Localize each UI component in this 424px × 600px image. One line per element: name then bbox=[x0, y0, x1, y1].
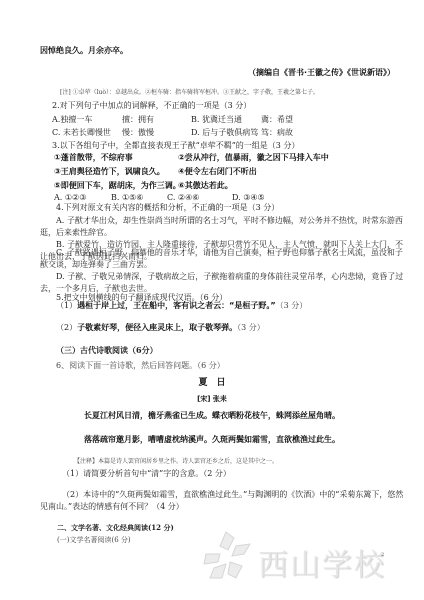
q2-option-a: A.独擅一车 bbox=[52, 115, 92, 125]
q4-option-d-line1: D. 子猷、子敬兄弟情深，子敬病故之后，子猷拖着病重的身体前往灵堂吊孝，心内悲恸… bbox=[56, 272, 403, 282]
q3-choice-b: B. ①⑤⑥ bbox=[111, 193, 143, 203]
q5-item-1-score: （3 分） bbox=[276, 301, 308, 310]
q5-item-2-num: （2） bbox=[56, 323, 77, 332]
q2-option-a-gloss: 擅：拥有 bbox=[122, 115, 154, 125]
poem-annotation: 【注释】本篇是诗人罢官闲居乡里之作。诗人罢官还乡之后，这是其中之一。 bbox=[74, 458, 278, 465]
q4-option-c-line2: 猷交谈，却连弹奏了三曲方罢。 bbox=[40, 260, 152, 270]
part2-title: 二、文学名著、文化经典阅读(12 分) bbox=[57, 524, 174, 532]
q5-item-2-text: 子敬素好琴，便径入座灵床上，取子敬琴弹。 bbox=[77, 323, 237, 332]
q3-item-4: ④便令左右闭门不听出 bbox=[178, 167, 257, 177]
q2-option-c: C. 未若长卿慢世 bbox=[52, 128, 111, 138]
q3-stem: 3.以下各组句子中，全都直接表现王子猷“卓荦不羁”的一组是（3 分） bbox=[52, 141, 299, 151]
q3-item-3: ③王肩舆径造竹下，讽啸良久。 bbox=[54, 167, 165, 177]
q3-choice-c: C. ②④⑥ bbox=[167, 193, 199, 203]
q4-option-a-line1: A. 子猷才华出众，却生性崇尚当时所谓的名士习气，平时不修边幅，对公务并不热忱，… bbox=[56, 216, 403, 226]
q3-item-1: ①蓬首散带，不综府事 bbox=[54, 153, 133, 163]
poem-line-2: 落落疏帘邀月影，嘈嘈虚枕纳溪声。久斑两鬓如霜雪，直欲樵渔过此生。 bbox=[0, 435, 424, 445]
q6-part2-line2: 见南山。”表达的情感有何不同？（4 分） bbox=[40, 502, 184, 512]
q3-item-5: ⑤即便回下车，踞胡床，为作三调。 bbox=[54, 181, 181, 191]
q4-option-c-line1: C. 子猷路遇桓子野，仰慕他的音乐才华，请他为自己演奏，桓子野也仰慕子猷名士风流… bbox=[56, 248, 403, 258]
q4-option-a-line2: 逛，后来索性辞官。 bbox=[40, 228, 112, 238]
q3-choice-d: D. ③④⑤ bbox=[232, 193, 265, 203]
page-number: 2 bbox=[381, 552, 384, 558]
passage-end: 因悼绝良久。月余亦卒。 bbox=[40, 46, 128, 56]
q2-option-c-gloss: 慢：傲慢 bbox=[122, 128, 154, 138]
q2-option-d: D. 后与子敬俱病笃 bbox=[191, 128, 258, 138]
q6-part2-line1: （2）本诗中的“久斑两鬓如霜雪，直欲樵渔过此生。”与陶渊明的《饮酒》中的“采菊东… bbox=[62, 490, 403, 500]
q3-item-6: ⑥其傲达若此。 bbox=[178, 181, 233, 191]
q3-item-2: ②尝从冲行，值暴雨，徽之因下马排入车中 bbox=[178, 153, 329, 163]
q5-item-1: （1）遇桓于岸上过，王在船中，客有识之者云：“是桓子野。”（3 分） bbox=[56, 301, 307, 311]
source-citation: （摘编自《晋书·王徽之传》《世说新语》） bbox=[248, 68, 395, 78]
watermark-text: 西山学校 bbox=[258, 540, 386, 584]
q2-option-b-gloss: 冀：希望 bbox=[261, 115, 293, 125]
q6-stem: 6、阅读下面一首诗歌，然后回答问题。（6 分） bbox=[56, 361, 225, 371]
footnote: [注] ①卓荦（luò）：卓越出众。②桓车骑：指车骑将军桓冲。③王献之，字子敬，… bbox=[60, 89, 319, 96]
q2-option-d-gloss: 笃：病故 bbox=[261, 128, 293, 138]
q4-stem: 4.下列对原文有关内容的概括和分析，不正确的一项是（3 分） bbox=[56, 203, 279, 213]
exam-page: 因悼绝良久。月余亦卒。 （摘编自《晋书·王徽之传》《世说新语》） [注] ①卓荦… bbox=[0, 0, 424, 600]
poem-title: 夏 日 bbox=[0, 378, 424, 389]
q5-item-1-text: 遇桓于岸上过，王在船中，客有识之者云：“是桓子野。” bbox=[77, 301, 276, 310]
star-logo-icon bbox=[198, 528, 256, 584]
poem-author: [宋] 张耒 bbox=[0, 395, 424, 403]
part2-subtitle: (一)文学名著阅读(6 分) bbox=[57, 536, 131, 544]
q2-stem: 2.对下列句子中加点的词解释，不正确的一项是（3 分） bbox=[52, 101, 251, 111]
poem-line-1: 长夏江村风日清，檐牙燕雀已生成。蝶衣晒粉花枝午，蛛网添丝屋角晴。 bbox=[0, 411, 424, 421]
q3-choice-a: A. ①②③ bbox=[54, 193, 86, 203]
q6-part1: （1）请简要分析首句中“清”字的含意。（2 分） bbox=[62, 469, 231, 479]
school-watermark: 西山学校 bbox=[198, 528, 398, 588]
q2-option-b: B. 犹冀迁当通 bbox=[191, 115, 242, 125]
q5-item-1-num: （1） bbox=[56, 301, 77, 310]
q5-item-2-score: （3 分） bbox=[237, 323, 265, 332]
section3-title: （三）古代诗歌阅读（6分） bbox=[56, 346, 158, 356]
q5-item-2: （2）子敬素好琴，便径入座灵床上，取子敬琴弹。（3 分） bbox=[56, 323, 265, 333]
